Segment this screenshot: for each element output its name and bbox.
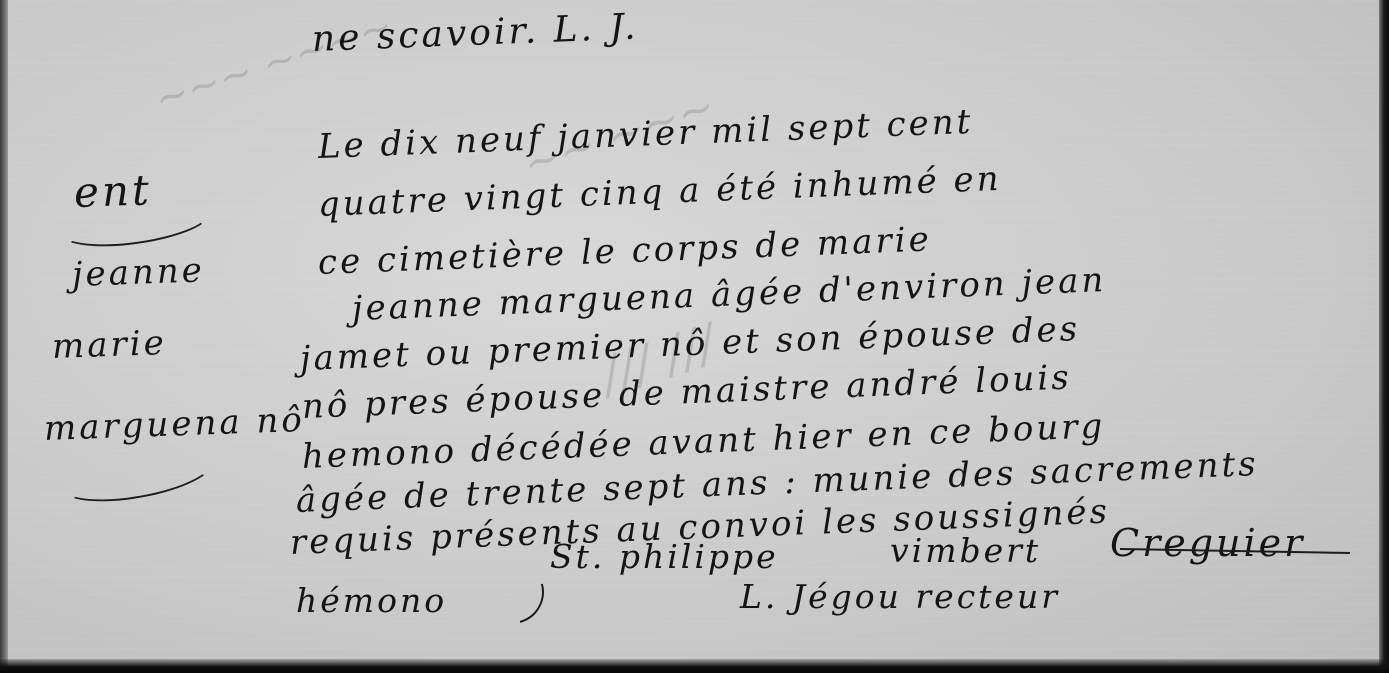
signature-creguier: Creguier (1110, 524, 1305, 562)
signature-st-philippe: St. philippe (550, 540, 779, 573)
binding-edge (0, 0, 8, 673)
page-bottom-edge (0, 659, 1389, 673)
previous-entry-fragment: ne scavoir. L. J. (311, 9, 639, 58)
register-page: ~~~ ~~~~ ~~ ~~~ /// /// ne scavoir. L. J… (0, 0, 1389, 673)
signature-vimbert: vimbert (890, 534, 1041, 567)
margin-name-line-2: marie (51, 326, 167, 364)
entry-line-2: quatre vingt cinq a été inhumé en (317, 162, 1002, 222)
signature-rector: L. Jégou recteur (740, 580, 1060, 613)
signature-flourish (468, 548, 555, 635)
margin-name-line-3: marguena nô (43, 403, 305, 446)
entry-line-1: Le dix neuf janvier mil sept cent (317, 105, 974, 164)
margin-name-line-1: jeanne (71, 253, 205, 292)
signature-hemono: hémono (296, 584, 447, 617)
page-right-edge (1379, 0, 1389, 673)
margin-flourish (57, 439, 217, 511)
